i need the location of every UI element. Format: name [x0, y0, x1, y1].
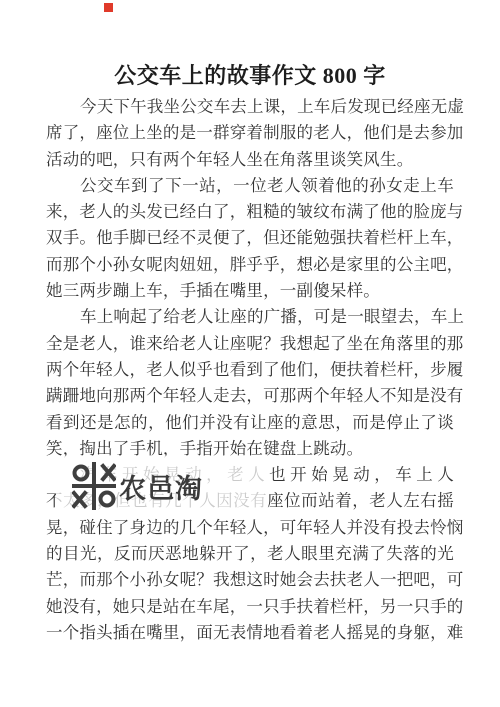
rice-mi-logo-icon — [72, 462, 116, 510]
text-line: 双手。他手脚已经不灵便了，但还能勉强扶着栏杆上车， — [46, 225, 454, 251]
text-line: 来，老人的头发已经白了，粗糙的皱纹布满了他的脸庞与 — [46, 199, 454, 225]
text-line: 车上响起了给老人让座的广播，可是一眼望去，车上 — [46, 304, 454, 330]
text-line: 芒，而那个小孙女呢？我想这时她会去扶老人一把吧，可 — [46, 567, 454, 593]
text-line: 的目光，反而厌恶地躲开了，老人眼里充满了失落的光 — [46, 541, 454, 567]
text-line: 公交车到了下一站，一位老人领着他的孙女走上车 — [46, 173, 454, 199]
document-page: 公交车上的故事作文 800 字 今天下午我坐公交车去上课，上车后发现已经座无虚席… — [0, 0, 500, 707]
text-line: 全是老人，谁来给老人让座呢？我想起了坐在角落里的那 — [46, 331, 454, 357]
text-line: 一个指头插在嘴里，面无表情地看着老人摇晃的身躯，难 — [46, 620, 454, 646]
text-line: 看到还是怎的，他们并没有让座的意思，而是停止了谈 — [46, 410, 454, 436]
text-line: 她三两步蹦上车，手插在嘴里，一副傻呆样。 — [46, 278, 454, 304]
essay-body: 今天下午我坐公交车去上课，上车后发现已经座无虚席了，座位上坐的是一群穿着制服的老… — [46, 94, 454, 646]
text-line: 今天下午我坐公交车去上课，上车后发现已经座无虚 — [46, 94, 454, 120]
essay-title: 公交车上的故事作文 800 字 — [0, 59, 500, 90]
watermark: 农邑淘 — [72, 462, 203, 510]
watermark-text: 农邑淘 — [119, 467, 203, 506]
text-line: 活动的吧，只有两个年轻人坐在角落里谈笑风生。 — [46, 147, 454, 173]
text-line: 两个年轻人，老人似乎也看到了他们，便扶着栏杆，步履 — [46, 357, 454, 383]
text-line: 席了，座位上坐的是一群穿着制服的老人，他们是去参加 — [46, 120, 454, 146]
text-line: 而那个小孙女呢肉妞妞，胖乎乎，想必是家里的公主吧， — [46, 252, 454, 278]
text-line: 蹒跚地向那两个年轻人走去，可那两个年轻人不知是没有 — [46, 383, 454, 409]
text-line: 她没有，她只是站在车尾，一只手扶着栏杆，另一只手的 — [46, 594, 454, 620]
text-line: 晃，碰住了身边的几个年轻人，可年轻人并没有投去怜悯 — [46, 515, 454, 541]
red-marker — [104, 3, 113, 12]
